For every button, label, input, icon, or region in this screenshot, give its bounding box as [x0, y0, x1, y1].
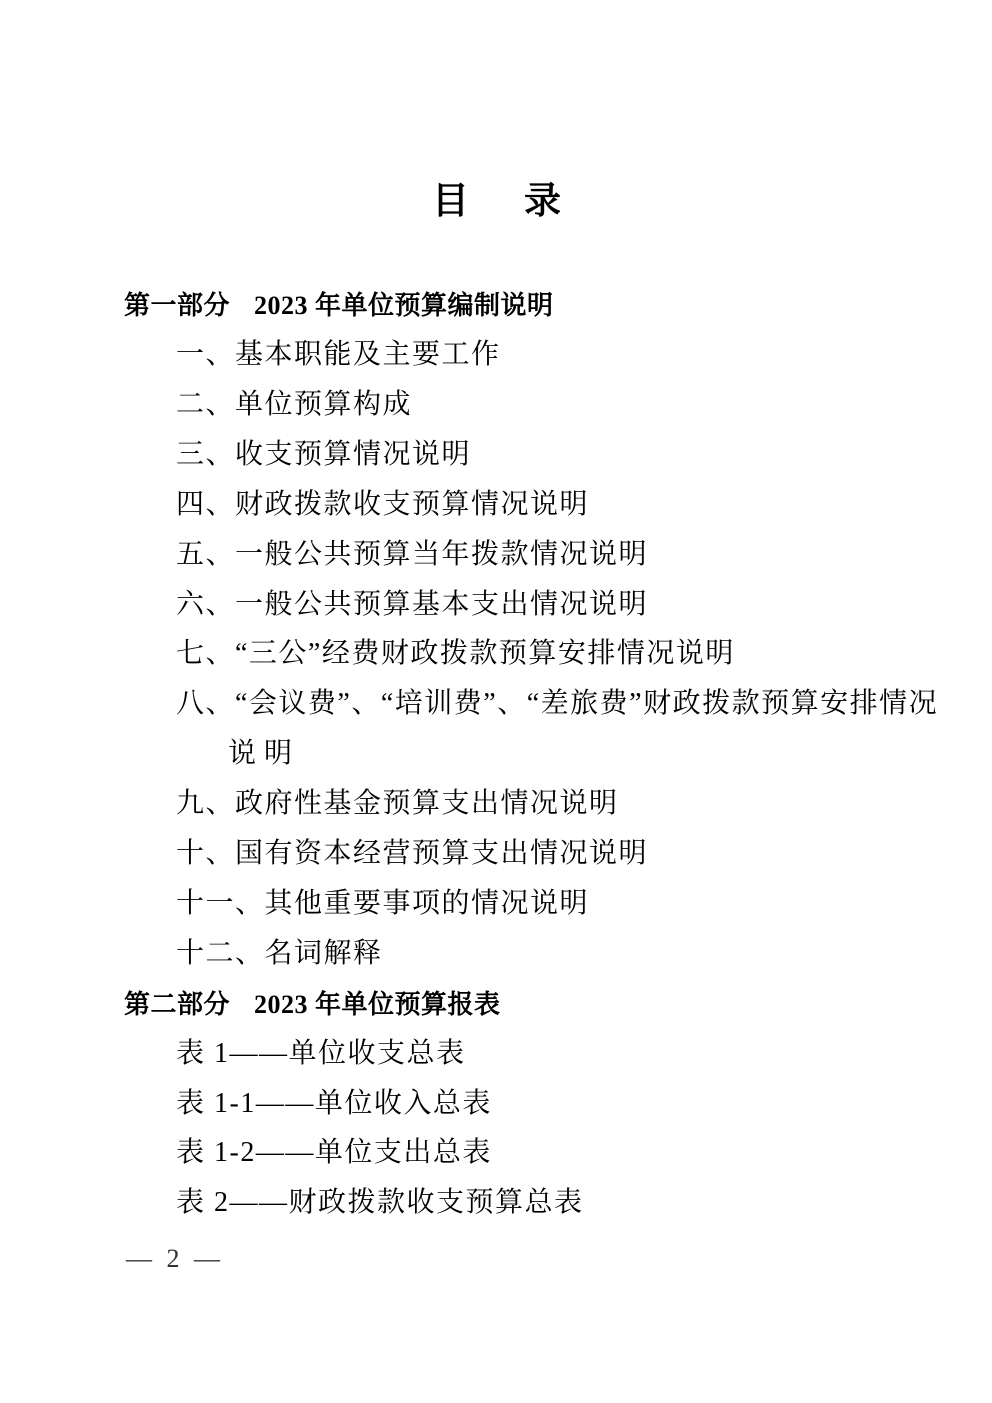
section1-heading-label: 第一部分: [124, 290, 230, 320]
page-title: 目 录: [0, 176, 992, 226]
toc-item-8-continuation: 说明: [228, 729, 300, 779]
toc-item-4: 四、财政拨款收支预算情况说明: [176, 480, 589, 530]
toc-item-7: 七、“三公”经费财政拨款预算安排情况说明: [176, 629, 735, 679]
page-number: — 2 —: [126, 1234, 224, 1284]
toc-item-2: 二、单位预算构成: [176, 380, 412, 430]
section1-heading-title: 2023 年单位预算编制说明: [254, 291, 554, 320]
toc-item-5: 五、一般公共预算当年拨款情况说明: [176, 530, 648, 580]
toc-table-item-1: 表 1——单位收支总表: [176, 1029, 466, 1079]
toc-item-12: 十二、名词解释: [176, 929, 383, 979]
toc-item-3: 三、收支预算情况说明: [176, 430, 471, 480]
section2-heading-title: 2023 年单位预算报表: [254, 990, 501, 1019]
section1-heading: 第一部分2023 年单位预算编制说明: [124, 280, 554, 330]
toc-table-item-4: 表 2——财政拨款收支预算总表: [176, 1178, 584, 1228]
section2-heading-label: 第二部分: [124, 989, 230, 1019]
toc-item-9: 九、政府性基金预算支出情况说明: [176, 779, 619, 829]
toc-table-item-2: 表 1-1——单位收入总表: [176, 1079, 492, 1129]
section2-heading: 第二部分2023 年单位预算报表: [124, 979, 501, 1029]
toc-item-11: 十一、其他重要事项的情况说明: [176, 879, 589, 929]
toc-table-item-3: 表 1-2——单位支出总表: [176, 1128, 492, 1178]
toc-item-6: 六、一般公共预算基本支出情况说明: [176, 580, 648, 630]
toc-item-10: 十、国有资本经营预算支出情况说明: [176, 829, 648, 879]
document-page: 目 录 第一部分2023 年单位预算编制说明 一、基本职能及主要工作 二、单位预…: [0, 0, 992, 1403]
toc-item-1: 一、基本职能及主要工作: [176, 330, 501, 380]
toc-item-8: 八、“会议费”、“培训费”、“差旅费”财政拨款预算安排情况: [176, 679, 938, 729]
